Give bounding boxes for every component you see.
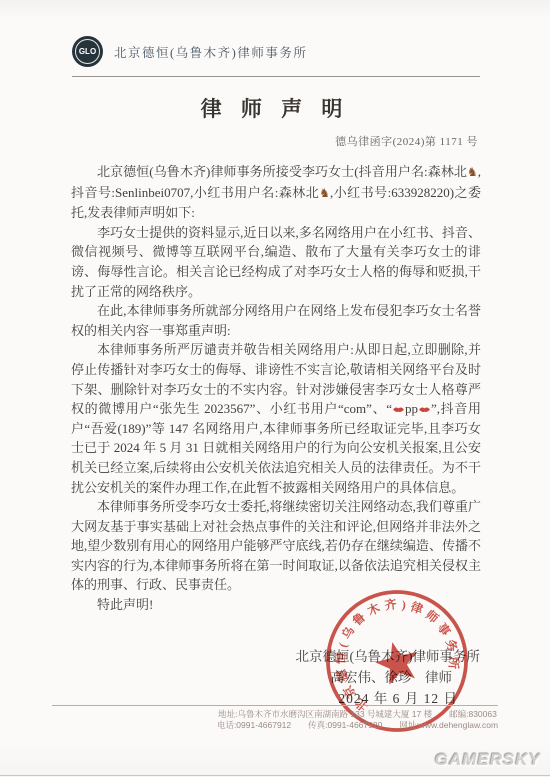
paragraph-text: pp [405, 401, 418, 416]
seal-star-icon [372, 637, 423, 687]
law-firm-logo-icon: GLO [72, 36, 103, 67]
paragraph-text: 北京德恒(乌鲁木齐)律师事务所接受李巧女士(抖音用户名:森林北 [97, 164, 467, 179]
document-title: 律 师 声 明 [0, 93, 550, 123]
horse-emoji-icon: ♞ [319, 186, 330, 200]
footer-divider [52, 705, 498, 706]
footer-contact-line: 电话:0991-4667912 传真:0991-4667920 网址:www.d… [215, 720, 500, 731]
document-number: 德乌律函字(2024)第 1171 号 [335, 133, 478, 149]
letterhead: GLO 北京德恒(乌鲁木齐)律师事务所 [72, 36, 480, 77]
letterhead-footer: 地址:乌鲁木齐市水磨沟区南湖南路 133 号城建大厦 17 楼 邮编:83006… [215, 709, 500, 730]
statement-paragraph-intro: 北京德恒(乌鲁木齐)律师事务所接受李巧女士(抖音用户名:森林北♞,抖音号:Sen… [71, 162, 481, 223]
statement-body: 北京德恒(乌鲁木齐)律师事务所接受李巧女士(抖音用户名:森林北♞,抖音号:Sen… [71, 162, 481, 615]
logo-text: GLO [75, 39, 100, 64]
horse-emoji-icon: ♞ [467, 165, 478, 179]
statement-paragraph-facts: 李巧女士提供的资料显示,近日以来,多名网络用户在小红书、抖音、微信视频号、微博等… [71, 223, 481, 301]
statement-paragraph-warning: 本律师事务所严厉谴责并敬告相关网络用户:从即日起,立即删除,并停止传播针对李巧女… [71, 340, 481, 497]
lawyer-statement-document: GLO 北京德恒(乌鲁木齐)律师事务所 律 师 声 明 德乌律函字(2024)第… [0, 0, 550, 777]
footer-address-line: 地址:乌鲁木齐市水磨沟区南湖南路 133 号城建大厦 17 楼 邮编:83006… [215, 709, 500, 720]
statement-paragraph-declare: 在此,本律师事务所就部分网络用户在网络上发布侵犯李巧女士名誉权的相关内容一事郑重… [71, 301, 481, 340]
lips-emoji-icon [418, 405, 431, 414]
lips-emoji-icon [392, 405, 405, 414]
photo-bottom-edge [0, 775, 550, 776]
gamersky-watermark: GAMERSKY [435, 750, 541, 770]
letterhead-firm-name: 北京德恒(乌鲁木齐)律师事务所 [114, 43, 307, 61]
